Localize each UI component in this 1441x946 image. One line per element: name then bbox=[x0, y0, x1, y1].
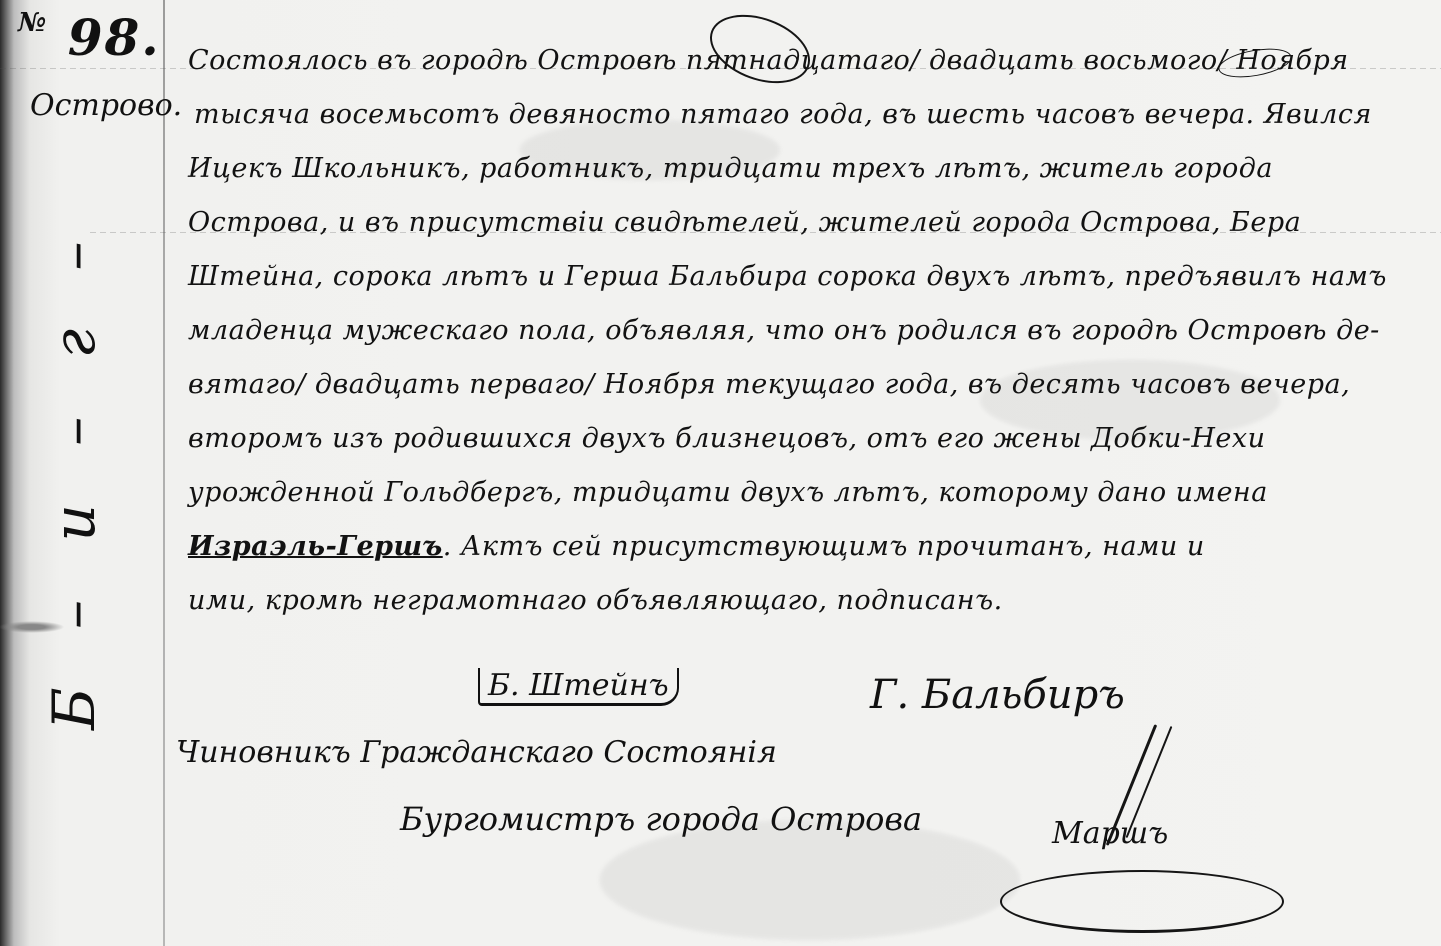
signature-flourish bbox=[1000, 870, 1284, 933]
entry-number: № 98. bbox=[18, 8, 161, 67]
witness-signature-2: Г. Бальбиръ bbox=[870, 672, 1125, 718]
official-title-line-2: Бургомистръ города Острова bbox=[400, 800, 922, 838]
record-body: Состоялось въ городѣ Островѣ пятнадцатаг… bbox=[188, 34, 1428, 628]
paper-smudge bbox=[0, 620, 70, 634]
witness-signature-1: Б. Штейнъ bbox=[478, 668, 679, 703]
margin-rule bbox=[163, 0, 165, 946]
paper-stain bbox=[600, 820, 1020, 940]
record-line-rest: . Актъ сей присутствующимъ прочитанъ, на… bbox=[443, 531, 1205, 562]
official-title-line-1: Чиновникъ Гражданскаго Состоянія bbox=[176, 735, 777, 770]
child-name: Израэль-Гершъ bbox=[188, 531, 443, 562]
record-line: Ицекъ Школьникъ, работникъ, тридцати тре… bbox=[188, 142, 1428, 196]
record-line: второмъ изъ родившихся двухъ близнецовъ,… bbox=[188, 412, 1428, 466]
place-name: Острово. bbox=[30, 88, 182, 123]
margin-vertical-note: Б – и – г – bbox=[40, 222, 108, 730]
record-line: ими, кромѣ неграмотнаго объявляющаго, по… bbox=[188, 574, 1428, 628]
scanned-document-page: № 98. Острово. Б – и – г – Состоялось въ… bbox=[0, 0, 1441, 946]
record-line: урожденной Гольдбергъ, тридцати двухъ лѣ… bbox=[188, 466, 1428, 520]
record-line: тысяча восемьсотъ девяносто пятаго года,… bbox=[194, 88, 1428, 142]
record-line: Израэль-Гершъ. Актъ сей присутствующимъ … bbox=[188, 520, 1428, 574]
record-line: вятаго/ двадцать перваго/ Ноября текущаг… bbox=[188, 358, 1428, 412]
record-line: Штейна, сорока лѣтъ и Герша Бальбира сор… bbox=[188, 250, 1428, 304]
record-line: Острова, и въ присутствіи свидѣтелей, жи… bbox=[188, 196, 1428, 250]
record-line: младенца мужескаго пола, объявляя, что о… bbox=[188, 304, 1428, 358]
